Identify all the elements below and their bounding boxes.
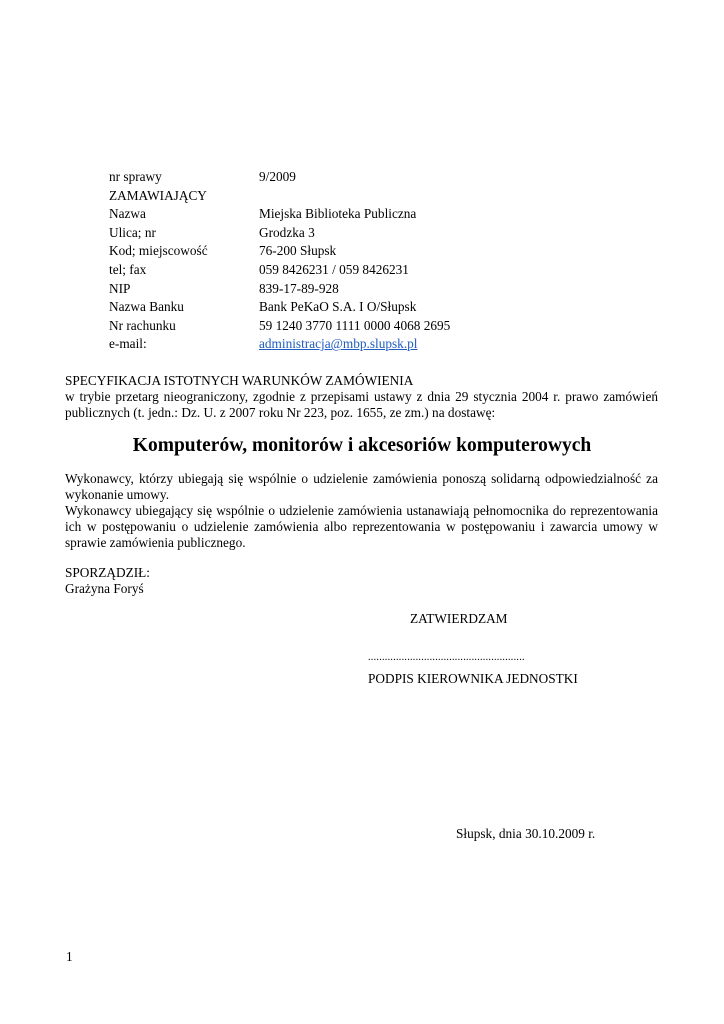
main-heading: Komputerów, monitorów i akcesoriów kompu… [0,433,724,459]
info-label: ZAMAWIAJĄCY [109,187,259,206]
info-value: Grodzka 3 [259,224,450,243]
prepared-by-name: Grażyna Foryś [65,581,150,597]
info-label: NIP [109,280,259,299]
info-label: Kod; miejscowość [109,242,259,261]
approval-label: ZATWIERDZAM [410,611,508,627]
info-value: 059 8426231 / 059 8426231 [259,261,450,280]
info-label: Nr rachunku [109,317,259,336]
info-value: 59 1240 3770 1111 0000 4068 2695 [259,317,450,336]
info-label: Nazwa [109,205,259,224]
info-row-case-number: nr sprawy 9/2009 [109,168,450,187]
paragraph-representative: Wykonawcy ubiegający się wspólnie o udzi… [65,503,658,551]
info-value: Miejska Biblioteka Publiczna [259,205,450,224]
info-label: nr sprawy [109,168,259,187]
place-and-date: Słupsk, dnia 30.10.2009 r. [456,826,595,842]
info-row-nip: NIP 839-17-89-928 [109,280,450,299]
info-label: Nazwa Banku [109,298,259,317]
email-link[interactable]: administracja@mbp.slupsk.pl [259,336,418,351]
signature-caption: PODPIS KIEROWNIKA JEDNOSTKI [368,671,578,687]
case-info-table: nr sprawy 9/2009 ZAMAWIAJĄCY Nazwa Miejs… [109,168,450,354]
specification-block: SPECYFIKACJA ISTOTNYCH WARUNKÓW ZAMÓWIEN… [65,373,658,421]
document-page: nr sprawy 9/2009 ZAMAWIAJĄCY Nazwa Miejs… [0,0,724,1024]
info-row-postal-code: Kod; miejscowość 76-200 Słupsk [109,242,450,261]
info-value [259,187,450,206]
info-row-ordering-party: ZAMAWIAJĄCY [109,187,450,206]
info-row-name: Nazwa Miejska Biblioteka Publiczna [109,205,450,224]
signature-line: ........................................… [368,652,525,664]
info-value: 839-17-89-928 [259,280,450,299]
info-value: Bank PeKaO S.A. I O/Słupsk [259,298,450,317]
info-label: tel; fax [109,261,259,280]
info-row-phone-fax: tel; fax 059 8426231 / 059 8426231 [109,261,450,280]
specification-intro: w trybie przetarg nieograniczony, zgodni… [65,389,658,421]
info-row-street: Ulica; nr Grodzka 3 [109,224,450,243]
info-row-bank-name: Nazwa Banku Bank PeKaO S.A. I O/Słupsk [109,298,450,317]
info-value: 76-200 Słupsk [259,242,450,261]
info-row-account-number: Nr rachunku 59 1240 3770 1111 0000 4068 … [109,317,450,336]
info-label: Ulica; nr [109,224,259,243]
body-paragraphs: Wykonawcy, którzy ubiegają się wspólnie … [65,471,658,551]
specification-title: SPECYFIKACJA ISTOTNYCH WARUNKÓW ZAMÓWIEN… [65,373,658,389]
page-number: 1 [66,949,73,965]
prepared-by-label: SPORZĄDZIŁ: [65,565,150,581]
info-label: e-mail: [109,335,259,354]
prepared-by-block: SPORZĄDZIŁ: Grażyna Foryś [65,565,150,597]
info-value: 9/2009 [259,168,450,187]
info-value: administracja@mbp.slupsk.pl [259,335,450,354]
paragraph-joint-liability: Wykonawcy, którzy ubiegają się wspólnie … [65,471,658,503]
info-row-email: e-mail: administracja@mbp.slupsk.pl [109,335,450,354]
